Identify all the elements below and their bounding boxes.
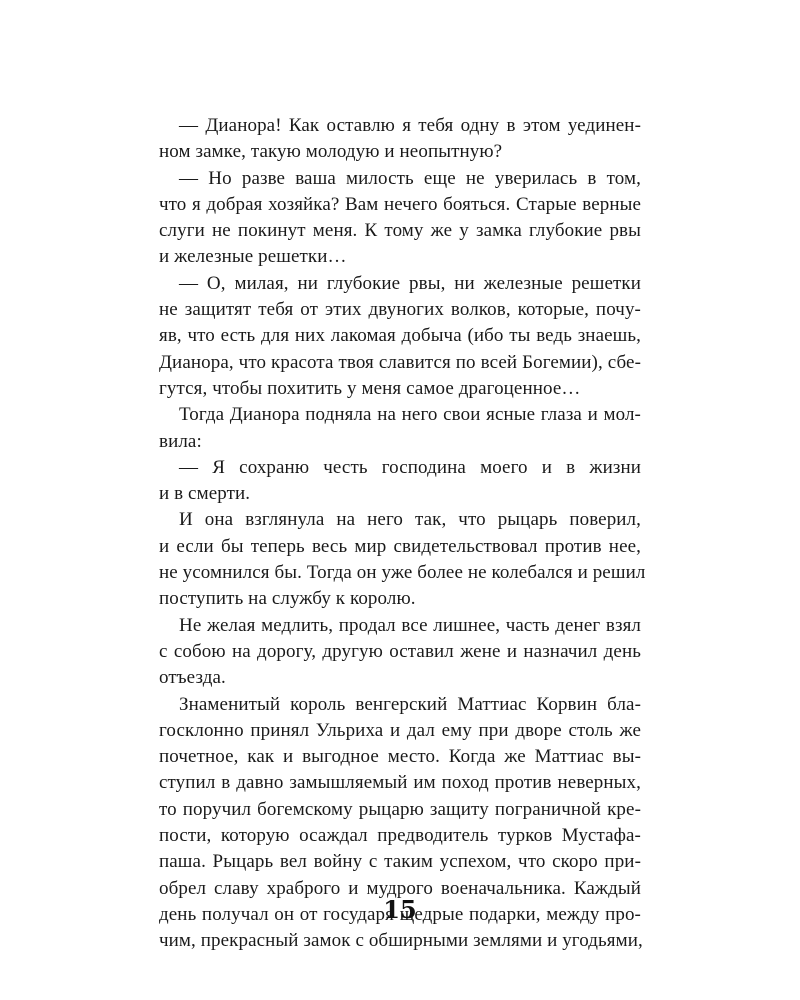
text-line: и в смерти. bbox=[159, 481, 641, 507]
text-line: и железные решетки… bbox=[159, 244, 641, 270]
text-line: не усомнился бы. Тогда он уже более не к… bbox=[159, 560, 641, 586]
text-line: и если бы теперь весь мир свидетельствов… bbox=[159, 534, 641, 560]
text-line: поступить на службу к королю. bbox=[159, 586, 641, 612]
text-line: вила: bbox=[159, 429, 641, 455]
text-line: слуги не покинут меня. К тому же у замка… bbox=[159, 218, 641, 244]
text-line: почетное, как и выгодное место. Когда же… bbox=[159, 744, 641, 770]
text-line: ступил в давно замышляемый им поход прот… bbox=[159, 770, 641, 796]
text-line: Не желая медлить, продал все лишнее, час… bbox=[159, 613, 641, 639]
text-line: отъезда. bbox=[159, 665, 641, 691]
text-line: то поручил богемскому рыцарю защиту погр… bbox=[159, 797, 641, 823]
text-line: чим, прекрасный замок с обширными землям… bbox=[159, 928, 641, 954]
text-line: паша. Рыцарь вел войну с таким успехом, … bbox=[159, 849, 641, 875]
text-line: — Дианора! Как оставлю я тебя одну в это… bbox=[159, 113, 641, 139]
text-line: — Но разве ваша милость еще не уверилась… bbox=[159, 166, 641, 192]
text-line: пости, которую осаждал предводитель турк… bbox=[159, 823, 641, 849]
text-line: Дианора, что красота твоя славится по вс… bbox=[159, 350, 641, 376]
text-line: — О, милая, ни глубокие рвы, ни железные… bbox=[159, 271, 641, 297]
text-line: ном замке, такую молодую и неопытную? bbox=[159, 139, 641, 165]
text-line: Тогда Дианора подняла на него свои ясные… bbox=[159, 402, 641, 428]
text-line: И она взглянула на него так, что рыцарь … bbox=[159, 507, 641, 533]
text-line: с собою на дорогу, другую оставил жене и… bbox=[159, 639, 641, 665]
text-line: что я добрая хозяйка? Вам нечего бояться… bbox=[159, 192, 641, 218]
text-line: гутся, чтобы похитить у меня самое драго… bbox=[159, 376, 641, 402]
text-line: — Я сохраню честь господина моего и в жи… bbox=[159, 455, 641, 481]
book-page: — Дианора! Как оставлю я тебя одну в это… bbox=[0, 0, 800, 1000]
text-line: яв, что есть для них лакомая добыча (ибо… bbox=[159, 323, 641, 349]
page-number: 15 bbox=[0, 895, 800, 924]
body-text: — Дианора! Как оставлю я тебя одну в это… bbox=[159, 113, 641, 955]
text-line: не защитят тебя от этих двуногих волков,… bbox=[159, 297, 641, 323]
text-line: госклонно принял Ульриха и дал ему при д… bbox=[159, 718, 641, 744]
text-line: Знаменитый король венгерский Маттиас Кор… bbox=[159, 692, 641, 718]
